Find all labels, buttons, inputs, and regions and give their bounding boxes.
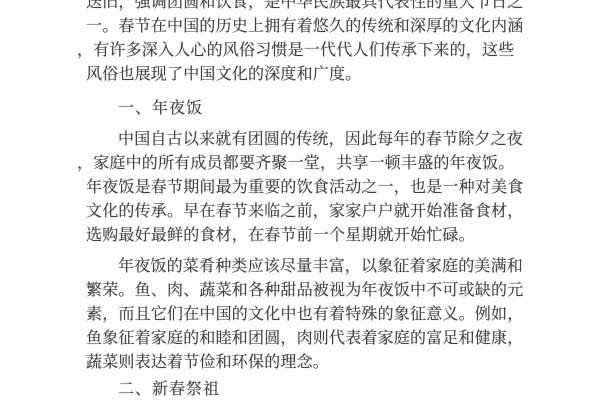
document-page: 送旧，强调团圆和饮食，是中华民族最具代表性的重大节日之 一。春节在中国的历史上拥…	[0, 0, 600, 400]
text-line: ，有许多深入人心的风俗习惯是一代代人们传承下来的，这些	[77, 39, 546, 63]
paragraph-dinner-2: 年夜饭的菜肴种类应该尽量丰富，以象征着家庭的美满和 繁荣。鱼、肉、蔬菜和各种甜品…	[86, 255, 546, 375]
text-line: 选购最好最鲜的食材，在春节前一个星期就开始忙碌。	[86, 224, 546, 248]
text-line: 一。春节在中国的历史上拥有着悠久的传统和深厚的文化内涵	[86, 15, 546, 39]
section-heading-2: 二、新春祭祖	[86, 378, 546, 400]
text-line: 繁荣。鱼、肉、蔬菜和各种甜品被视为年夜饭中不可或缺的元	[86, 279, 546, 303]
text-line: 素，而且它们在中国的文化中也有着特殊的象征意义。例如，	[86, 303, 546, 327]
text-line: 文化的传承。早在春节来临之前，家家户户就开始准备食材，	[86, 200, 546, 224]
section-heading-text: 一、年夜饭	[86, 97, 546, 121]
paragraph-dinner-1: 中国自古以来就有团圆的传统，因此每年的春节除夕之夜 ，家庭中的所有成员都要齐聚一…	[86, 128, 546, 248]
document-text-column: 送旧，强调团圆和饮食，是中华民族最具代表性的重大节日之 一。春节在中国的历史上拥…	[86, 0, 546, 400]
text-line: 风俗也展现了中国文化的深度和广度。	[86, 63, 546, 87]
text-line: 中国自古以来就有团圆的传统，因此每年的春节除夕之夜	[86, 128, 546, 152]
text-line: 送旧，强调团圆和饮食，是中华民族最具代表性的重大节日之	[86, 0, 546, 15]
text-line: ，家庭中的所有成员都要齐聚一堂，共享一顿丰盛的年夜饭。	[77, 152, 546, 176]
text-line: 鱼象征着家庭的和睦和团圆，肉则代表着家庭的富足和健康，	[86, 327, 546, 351]
section-heading-1: 一、年夜饭	[86, 97, 546, 121]
text-line: 年夜饭是春节期间最为重要的饮食活动之一，也是一种对美食	[86, 176, 546, 200]
paragraph-intro-continuation: 送旧，强调团圆和饮食，是中华民族最具代表性的重大节日之 一。春节在中国的历史上拥…	[86, 0, 546, 87]
section-heading-text: 二、新春祭祖	[86, 378, 546, 400]
text-line: 年夜饭的菜肴种类应该尽量丰富，以象征着家庭的美满和	[86, 255, 546, 279]
text-line: 蔬菜则表达着节俭和环保的理念。	[86, 351, 546, 375]
